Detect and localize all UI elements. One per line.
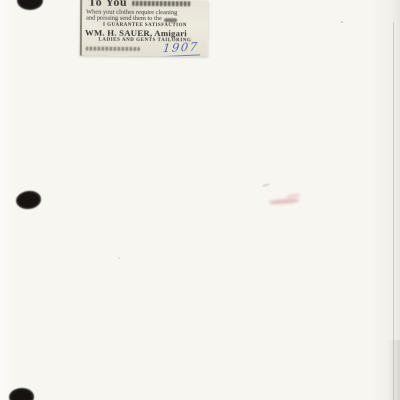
handwritten-year: 1907	[161, 41, 202, 56]
binder-hole-bottom	[9, 388, 34, 400]
binder-hole-top	[17, 0, 43, 10]
illegible-print-smudge	[132, 1, 190, 6]
newspaper-clipping: To You When your clothes require cleanin…	[80, 0, 208, 56]
pencil-fleck	[262, 183, 270, 187]
binder-hole-middle	[15, 190, 42, 211]
illegible-word-smudge	[164, 18, 177, 22]
paper-speck	[118, 257, 120, 259]
illegible-print-line-smudge	[86, 47, 140, 51]
paper-speck	[341, 21, 343, 23]
clipping-headline: To You	[82, 0, 127, 8]
page-corner-shadow	[386, 340, 400, 400]
scanned-page: To You When your clothes require cleanin…	[0, 0, 400, 400]
red-ink-smudge	[260, 189, 312, 213]
red-ink-stroke	[269, 198, 299, 205]
